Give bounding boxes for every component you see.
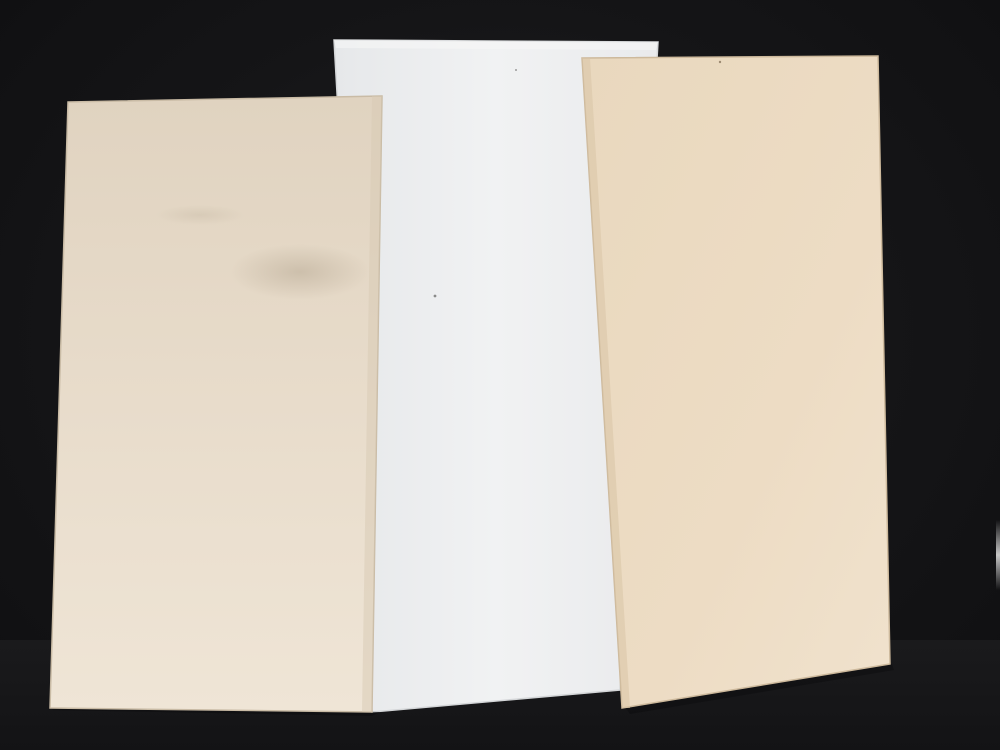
foxing-stain xyxy=(230,244,370,300)
right-aged-sheet xyxy=(582,56,894,714)
left-aged-sheet xyxy=(50,96,382,716)
paper-sheets-illustration xyxy=(0,0,1000,750)
